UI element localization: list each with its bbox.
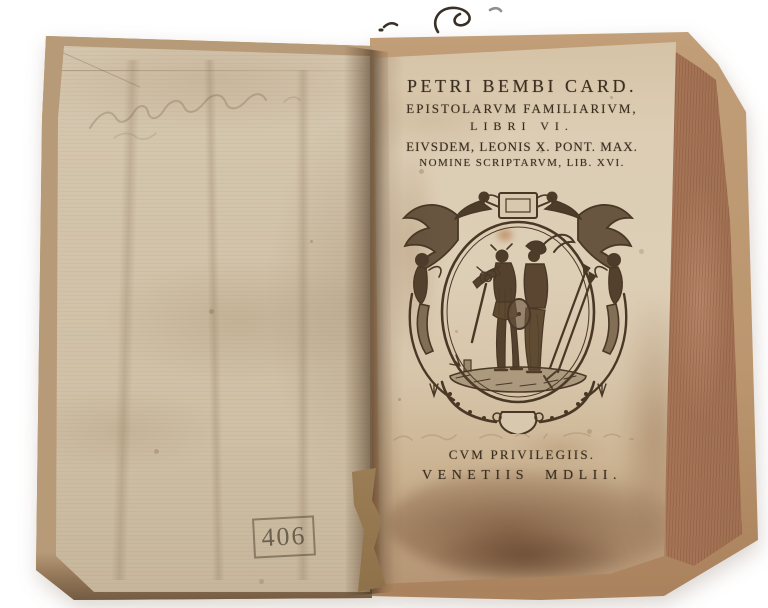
title-line-work: EPISTOLARVM FAMILIARIVM, (372, 101, 672, 117)
mercury-and-pallas-woodcut-device-icon (398, 184, 638, 434)
title-line-author: PETRI BEMBI CARD. (372, 76, 672, 97)
shelf-label-number: 406 (261, 521, 308, 553)
faded-inscription (388, 428, 638, 448)
imprint-line: VENETIIS MDLII. (372, 468, 672, 484)
photo-of-open-book: 406 PETRI BEMBI CARD. EPISTOLARVM FAMILI… (0, 0, 768, 608)
title-line-books: LIBRI VI. (372, 119, 672, 134)
shelf-label: 406 (252, 515, 316, 558)
damp-stain (430, 530, 620, 582)
faded-handwriting-show-through (84, 82, 324, 152)
foxing-spots-right (0, 0, 3, 3)
privilege-line: CVM PRIVILEGIIS. (372, 447, 672, 463)
title-line-second-work-2: NOMINE SCRIPTARVM, LIB. XVI. (372, 157, 672, 169)
title-line-second-work: EIVSDEM, LEONIS X. PONT. MAX. (372, 139, 672, 155)
